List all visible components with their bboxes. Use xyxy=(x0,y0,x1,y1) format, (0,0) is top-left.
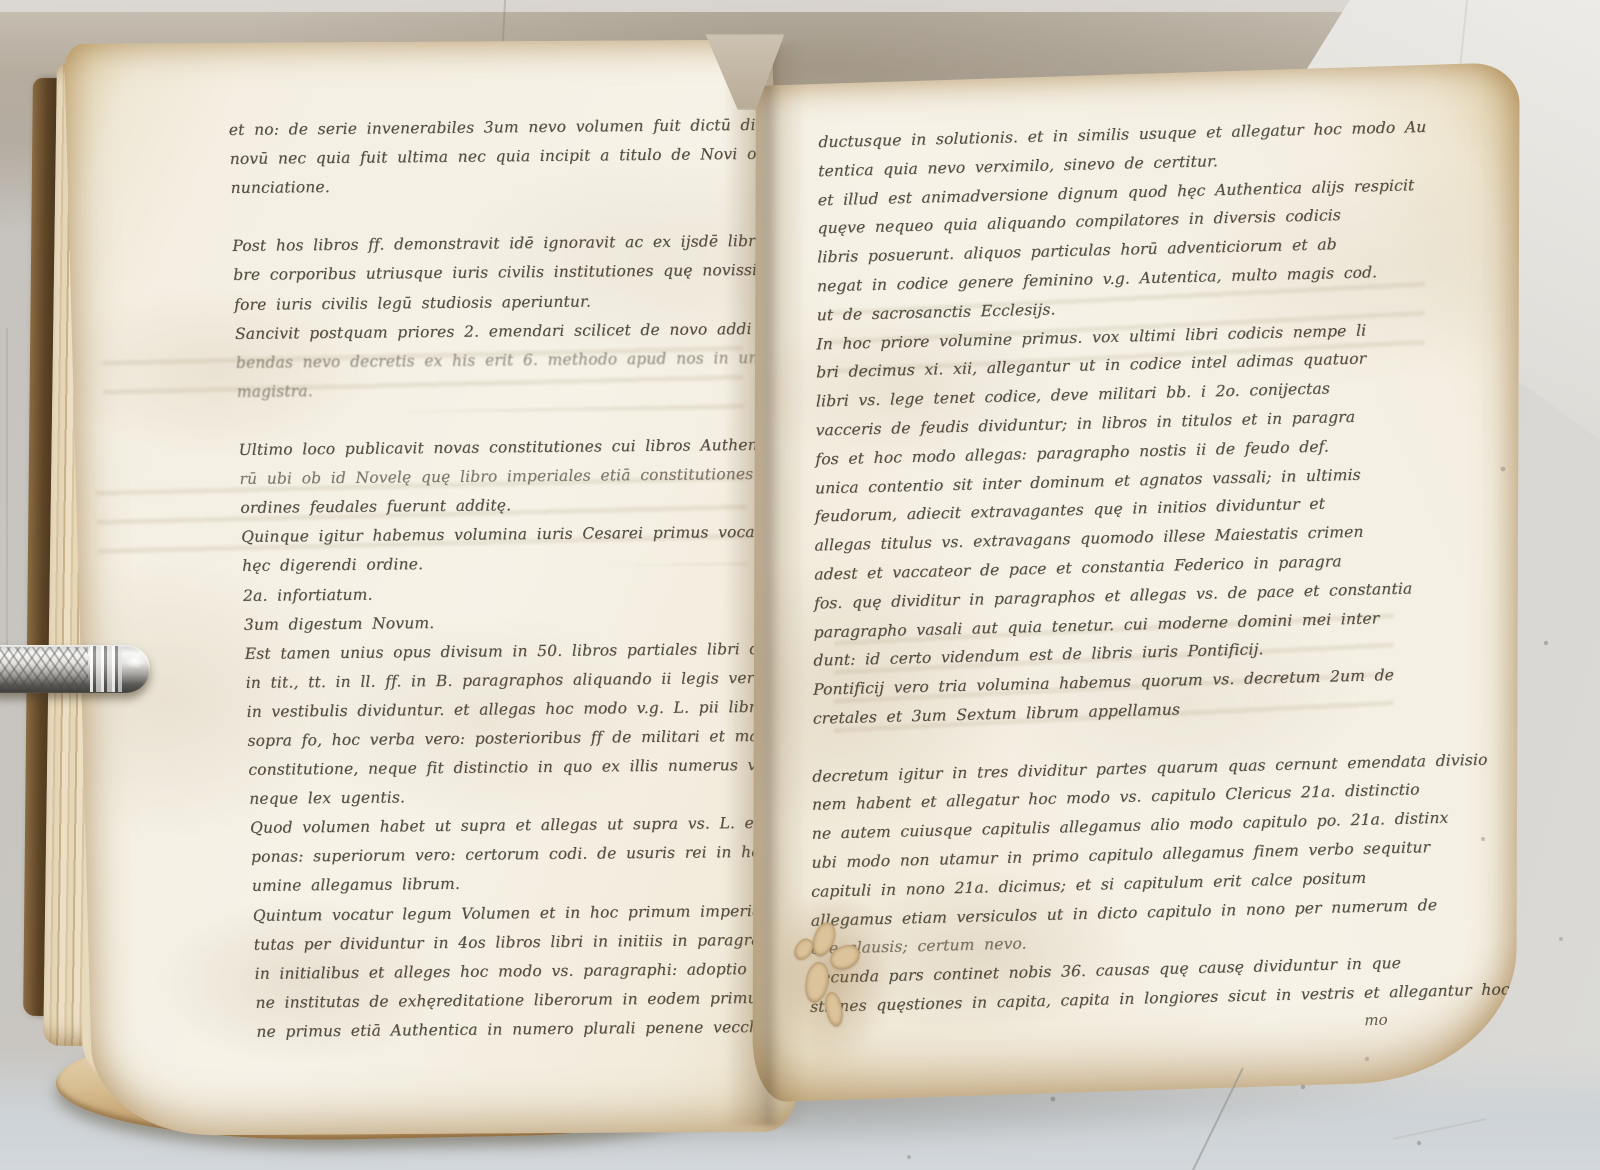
left-manuscript-page: et no: de serie invenerabiles 3um nevo v… xyxy=(64,40,802,1136)
right-page-text-block: ductusque in solutionis. et in similis u… xyxy=(810,113,1406,1021)
clasp-ridge-rings xyxy=(90,646,122,692)
backdrop-speckles xyxy=(0,0,2,2)
manuscript-line: ne primus etiā Authentica in numero plur… xyxy=(256,1012,802,1047)
clasp-engraving xyxy=(0,647,88,691)
backdrop-crease xyxy=(6,328,8,658)
catchword: mo xyxy=(1364,1011,1387,1030)
clasp-tip-highlight xyxy=(124,653,146,669)
gutter-stain-wash xyxy=(782,902,892,1062)
left-page-text-block: et no: de serie invenerabiles 3um nevo v… xyxy=(228,110,801,1046)
photo-scene: et no: de serie invenerabiles 3um nevo v… xyxy=(0,0,1600,1170)
silver-clasp xyxy=(0,645,150,693)
gutter-stain xyxy=(796,918,880,1040)
